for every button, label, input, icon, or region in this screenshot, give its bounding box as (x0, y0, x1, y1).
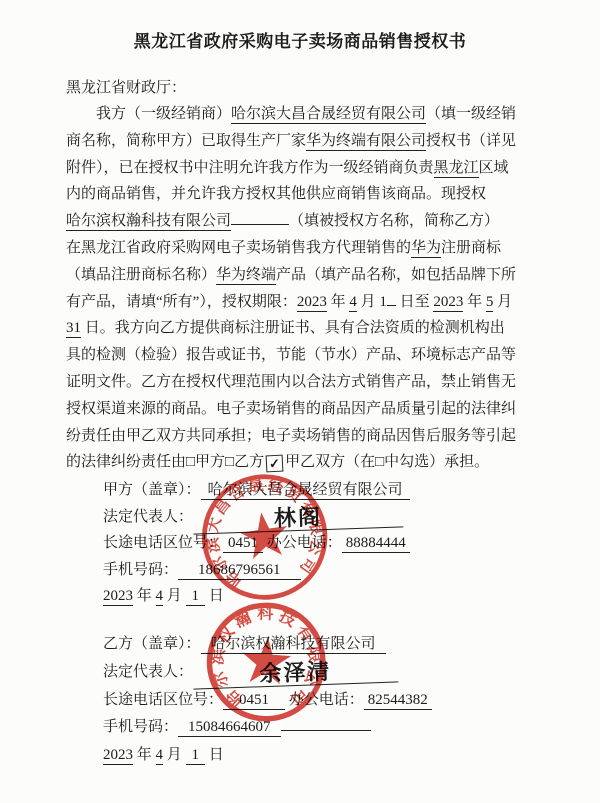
text-segment: 附件），已在授权书中注明允许我方作为一级经销商负责 (66, 160, 434, 176)
blank-underline (231, 223, 289, 225)
text-segment: 甲乙双方（在□中勾选）承担。 (285, 454, 489, 470)
text-line: 附件），已在授权书中注明允许我方作为一级经销商负责黑龙江区域 (66, 155, 552, 182)
text-line: 长途电话区位号：0451 办公电话：82544382 (103, 687, 432, 715)
filled-in-value: 哈尔滨大昌合晟经贸有限公司 (231, 106, 426, 124)
text-segment: 日至 (396, 294, 434, 310)
text-segment: 产品（填产品名称，如包括品牌下所 (276, 267, 516, 283)
document-title: 黑龙江省政府采购电子卖场商品销售授权书 (0, 27, 600, 52)
text-line: 手机号码：18686796561 (103, 557, 410, 584)
text-line: 的法律纠纷责任由□甲方□乙方✓甲乙双方（在□中勾选）承担。 (66, 449, 552, 476)
text-segment: 注册商标 (441, 240, 501, 256)
checkbox-checked[interactable]: ✓ (266, 455, 284, 473)
text-segment: 手机号码： (103, 562, 178, 578)
text-line: 法定代表人：余泽清 (103, 659, 432, 687)
text-line: （填品注册商标名称）华为终端产品（填产品名称，如包括品牌下所 (66, 262, 552, 289)
text-segment: 商名称，简称甲方）已取得生产厂家 (66, 133, 306, 149)
text-line: 乙方（盖章）：哈尔滨权瀚科技有限公司 (103, 631, 432, 659)
text-segment: 月 (493, 294, 512, 310)
filled-in-value: 2023 (297, 294, 327, 312)
blank-underline (387, 304, 396, 306)
filled-in-value: 哈尔滨大昌合晟经贸有限公司 (201, 482, 410, 500)
text-segment: 证明文件。乙方在授权代理范围内以合法方式销售产品，禁止销售无 (66, 374, 516, 390)
filled-in-value: 1 (186, 747, 206, 765)
text-segment: 我方（一级经销商） (96, 106, 231, 122)
text-segment: 甲方（盖章）： (103, 482, 201, 498)
text-segment: 手机号码： (103, 719, 178, 735)
filled-in-value: 82544382 (364, 692, 432, 710)
text-line: 有产品，请填“所有”），授权期限：2023 年 4 月 1 日至 2023 年 … (66, 289, 552, 316)
text-segment: （填品注册商标名称） (66, 267, 216, 283)
text-segment: 乙方（盖章）： (103, 636, 201, 652)
text-segment: 月 (163, 588, 186, 604)
text-segment: 年 (463, 294, 486, 310)
filled-in-value: 4 (156, 588, 164, 606)
text-segment: 内的商品销售，并允许我方授权其他供应商销售该商品。现授权 (66, 186, 486, 202)
party-a-signature-block: 甲方（盖章）：哈尔滨大昌合晟经贸有限公司法定代表人：林阁长途电话区位号：0451… (103, 477, 410, 610)
filled-in-value: 31 (66, 320, 81, 338)
filled-in-value: 18686796561 (178, 562, 301, 580)
text-line: 31 日。我方向乙方提供商标注册证书、具有合法资质的检测机构出 (66, 315, 552, 342)
text-line: 商名称，简称甲方）已取得生产厂家华为终端有限公司授权书（详见 (66, 128, 552, 155)
text-line: 2023 年 4 月 1 日 (103, 583, 410, 610)
filled-in-value: 15084664607 (178, 719, 281, 737)
text-segment: 具的检测（检验）报告或证书，节能（节水）产品、环境标志产品等 (66, 347, 516, 363)
party-b-signature-block: 乙方（盖章）：哈尔滨权瀚科技有限公司法定代表人：余泽清长途电话区位号：0451 … (103, 631, 432, 770)
filled-in-value: 2023 (103, 588, 133, 606)
text-line: 证明文件。乙方在授权代理范围内以合法方式销售产品，禁止销售无 (66, 369, 552, 396)
filled-in-value: 哈尔滨权瀚科技有限公司 (66, 213, 231, 231)
text-segment: 授权渠道来源的商品。电子卖场销售的商品因产品质量引起的法律纠 (66, 401, 516, 417)
text-line: 哈尔滨权瀚科技有限公司（填被授权方名称，简称乙方） (66, 208, 552, 235)
text-line: 在黑龙江省政府采购网电子卖场销售我方代理销售的华为注册商标 (66, 235, 552, 262)
filled-in-value: 4 (349, 294, 357, 312)
text-segment: （填被授权方名称，简称乙方） (289, 213, 499, 229)
filled-in-value: 黑龙江 (434, 160, 479, 178)
filled-in-value: 1 (186, 588, 206, 606)
text-line: 甲方（盖章）：哈尔滨大昌合晟经贸有限公司 (103, 477, 410, 504)
text-line: 长途电话区位号：0451 办公电话：88884444 (103, 530, 410, 557)
text-segment: 法定代表人： (103, 664, 193, 680)
text-segment: 月 (163, 747, 186, 763)
salutation-line: 黑龙江省财政厅： (66, 76, 186, 97)
text-line: 法定代表人：林阁 (103, 504, 410, 531)
text-segment: （填一级经销 (426, 106, 516, 122)
filled-in-value: 华为 (411, 240, 441, 258)
text-segment: 年 (327, 294, 350, 310)
text-segment: 日 (205, 747, 224, 763)
text-line: 内的商品销售，并允许我方授权其他供应商销售该商品。现授权 (66, 181, 552, 208)
filled-in-value: 0451 (223, 535, 263, 553)
filled-in-value: 0451 (223, 692, 285, 710)
text-segment: 法定代表人： (103, 509, 193, 525)
handwritten-signature: 余泽清 (193, 658, 399, 689)
text-line: 手机号码：15084664607 (103, 714, 432, 742)
text-segment: 办公电话： (285, 692, 364, 708)
text-segment: 日 (205, 588, 224, 604)
text-segment: 的法律纠纷责任由□甲方□乙方 (66, 454, 264, 470)
text-segment: 日。我方向乙方提供商标注册证书、具有合法资质的检测机构出 (81, 320, 505, 336)
text-segment: 在黑龙江省政府采购网电子卖场销售我方代理销售的 (66, 240, 411, 256)
text-segment: 长途电话区位号： (103, 535, 223, 551)
filled-in-value: 2023 (103, 747, 133, 765)
text-line: 2023 年 4 月 1 日 (103, 742, 432, 770)
filled-in-value: 2023 (433, 294, 463, 312)
filled-in-value: 哈尔滨权瀚科技有限公司 (201, 636, 386, 654)
text-segment: 办公电话： (263, 535, 342, 551)
text-segment: 年 (133, 747, 156, 763)
text-segment: 区域 (479, 160, 509, 176)
text-segment: 有产品，请填“所有”），授权期限： (66, 294, 297, 310)
text-segment: 长途电话区位号： (103, 692, 223, 708)
filled-in-value: 华为终端 (216, 267, 276, 285)
document-page: 黑龙江省政府采购电子卖场商品销售授权书 黑龙江省财政厅： 我方（一级经销商）哈尔… (0, 0, 600, 803)
text-segment: 授权书（详见 (426, 133, 516, 149)
filled-in-value: 88884444 (342, 535, 410, 553)
text-segment: 月 1 (357, 294, 387, 310)
filled-in-value: 华为终端有限公司 (306, 133, 426, 151)
text-segment: 纷责任由甲乙双方共同承担；电子卖场销售的商品因售后服务等引起 (66, 428, 516, 444)
text-line: 纷责任由甲乙双方共同承担；电子卖场销售的商品因售后服务等引起 (66, 423, 552, 450)
blank-underline (281, 729, 371, 731)
text-segment: 年 (133, 588, 156, 604)
text-line: 具的检测（检验）报告或证书，节能（节水）产品、环境标志产品等 (66, 342, 552, 369)
text-line: 我方（一级经销商）哈尔滨大昌合晟经贸有限公司（填一级经销 (66, 101, 552, 128)
text-line: 授权渠道来源的商品。电子卖场销售的商品因产品质量引起的法律纠 (66, 396, 552, 423)
filled-in-value: 4 (156, 747, 164, 765)
body-paragraph: 我方（一级经销商）哈尔滨大昌合晟经贸有限公司（填一级经销商名称，简称甲方）已取得… (66, 101, 552, 476)
